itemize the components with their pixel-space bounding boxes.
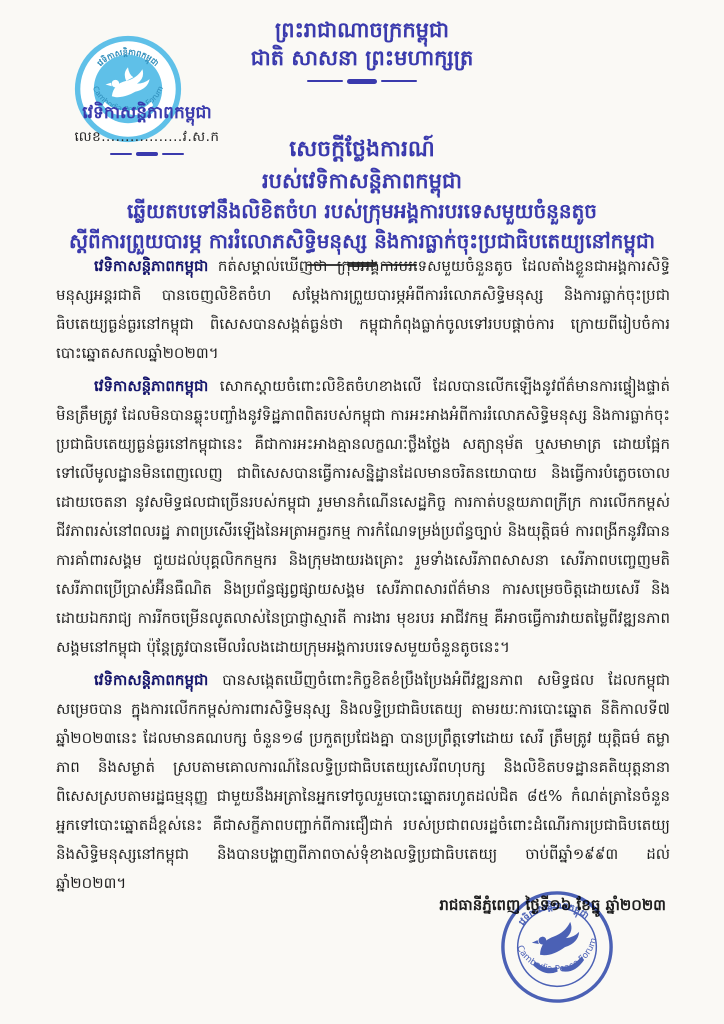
paragraph: វេទិកាសន្តិភាពកម្ពុជា សោកស្តាយចំពោះលិខិត… bbox=[56, 372, 670, 662]
title-line2: របស់វេទិកាសន្តិភាពកម្ពុជា bbox=[56, 166, 668, 196]
statement-document: ព្រះរាជាណាចក្រកម្ពុជា ជាតិ សាសនា ព្រះមហា… bbox=[0, 0, 724, 1024]
svg-text:វេទិកាសន្តិភាពកម្ពុជា: វេទិកាសន្តិភាពកម្ពុជា bbox=[515, 895, 592, 929]
statement-title: សេចក្តីថ្លែងការណ៍ របស់វេទិកាសន្តិភាពកម្ព… bbox=[56, 134, 668, 267]
paragraph-text: បានសង្កេតឃើញចំពោះកិច្ចខិតខំប្រឹងប្រែងអំព… bbox=[56, 671, 670, 892]
stamp-arc-top-text: វេទិកាសន្តិភាពកម្ពុជា bbox=[515, 895, 592, 929]
body-paragraphs: វេទិកាសន្តិភាពកម្ពុជា កត់សម្គាល់ឃើញថា ក្… bbox=[56, 252, 670, 900]
peace-forum-stamp: វេទិកាសន្តិភាពកម្ពុជា Cambodia Peace For… bbox=[492, 882, 622, 1012]
org-name: វេទិកាសន្តិភាពកម្ពុជា bbox=[52, 102, 242, 124]
paragraph: វេទិកាសន្តិភាពកម្ពុជា កត់សម្គាល់ឃើញថា ក្… bbox=[56, 252, 670, 368]
paragraph: វេទិកាសន្តិភាពកម្ពុជា បានសង្កេតឃើញចំពោះក… bbox=[56, 666, 670, 898]
paragraph-lead: វេទិកាសន្តិភាពកម្ពុជា bbox=[94, 377, 208, 395]
stamp-dove-icon bbox=[530, 921, 581, 956]
title-line1: សេចក្តីថ្លែងការណ៍ bbox=[56, 134, 668, 166]
title-line3: ឆ្លើយតបទៅនឹងលិខិតចំហ របស់ក្រុមអង្គការបរទ… bbox=[56, 196, 668, 226]
paragraph-lead: វេទិកាសន្តិភាពកម្ពុជា bbox=[94, 257, 208, 275]
paragraph-lead: វេទិកាសន្តិភាពកម្ពុជា bbox=[94, 671, 208, 689]
paragraph-text: សោកស្តាយចំពោះលិខិតចំហខាងលើ ដែលបានលើកឡើងន… bbox=[56, 377, 670, 656]
